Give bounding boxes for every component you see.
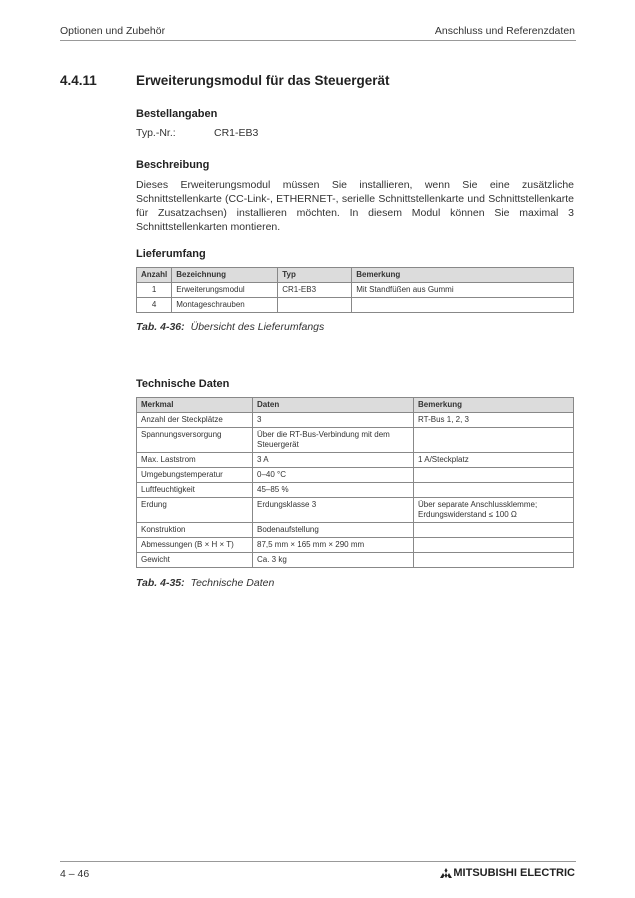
cell-feature: Gewicht <box>137 553 253 568</box>
cell-feature: Anzahl der Steckplätze <box>137 413 253 428</box>
cell-remark <box>414 428 574 453</box>
cell-remark: Mit Standfüßen aus Gummi <box>352 283 574 298</box>
caption-label: Tab. 4-36: <box>136 321 185 333</box>
section-number: 4.4.11 <box>60 73 97 88</box>
table-row: SpannungsversorgungÜber die RT-Bus-Verbi… <box>137 428 574 453</box>
cell-data: 3 <box>253 413 414 428</box>
cell-name: Erweiterungsmodul <box>172 283 278 298</box>
column-header: Typ <box>278 268 352 283</box>
cell-feature: Max. Laststrom <box>137 453 253 468</box>
footer-rule <box>60 861 576 862</box>
brand-name: MITSUBISHI ELECTRIC <box>453 867 575 879</box>
specs-table: Merkmal Daten Bemerkung Anzahl der Steck… <box>136 397 574 568</box>
column-header: Daten <box>253 398 414 413</box>
column-header: Anzahl <box>137 268 172 283</box>
cell-feature: Luftfeuchtigkeit <box>137 483 253 498</box>
order-value: CR1-EB3 <box>214 127 258 139</box>
description-text: Dieses Erweiterungsmodul müssen Sie inst… <box>136 178 574 234</box>
table-row: 1 Erweiterungsmodul CR1-EB3 Mit Standfüß… <box>137 283 574 298</box>
cell-data: Über die RT-Bus-Verbindung mit dem Steue… <box>253 428 414 453</box>
cell-remark <box>414 468 574 483</box>
delivery-heading: Lieferumfang <box>136 248 206 260</box>
cell-feature: Spannungsversorgung <box>137 428 253 453</box>
cell-remark <box>414 538 574 553</box>
table-header-row: Anzahl Bezeichnung Typ Bemerkung <box>137 268 574 283</box>
table-row: KonstruktionBodenaufstellung <box>137 523 574 538</box>
table-row: Umgebungstemperatur0–40 °C <box>137 468 574 483</box>
delivery-table: Anzahl Bezeichnung Typ Bemerkung 1 Erwei… <box>136 267 574 313</box>
mitsubishi-diamonds-icon <box>440 868 452 878</box>
brand-logo: MITSUBISHI ELECTRIC <box>440 867 575 879</box>
column-header: Bezeichnung <box>172 268 278 283</box>
header-rule <box>60 40 576 41</box>
cell-data: Bodenaufstellung <box>253 523 414 538</box>
cell-data: 3 A <box>253 453 414 468</box>
cell-remark <box>352 298 574 313</box>
column-header: Bemerkung <box>414 398 574 413</box>
order-heading: Bestellangaben <box>136 108 217 120</box>
cell-data: 45–85 % <box>253 483 414 498</box>
table-row: ErdungErdungsklasse 3Über separate Ansch… <box>137 498 574 523</box>
specs-caption: Tab. 4-35:Technische Daten <box>136 577 274 589</box>
table-row: Anzahl der Steckplätze3RT-Bus 1, 2, 3 <box>137 413 574 428</box>
delivery-caption: Tab. 4-36:Übersicht des Lieferumfangs <box>136 321 324 333</box>
cell-type: CR1-EB3 <box>278 283 352 298</box>
cell-data: Ca. 3 kg <box>253 553 414 568</box>
cell-quantity: 4 <box>137 298 172 313</box>
caption-text: Technische Daten <box>191 577 275 589</box>
cell-remark <box>414 553 574 568</box>
cell-data: 87,5 mm × 165 mm × 290 mm <box>253 538 414 553</box>
cell-feature: Abmessungen (B × H × T) <box>137 538 253 553</box>
caption-label: Tab. 4-35: <box>136 577 185 589</box>
cell-data: Erdungsklasse 3 <box>253 498 414 523</box>
cell-remark <box>414 523 574 538</box>
table-row: Max. Laststrom3 A1 A/Steckplatz <box>137 453 574 468</box>
order-label: Typ.-Nr.: <box>136 127 176 139</box>
description-heading: Beschreibung <box>136 159 209 171</box>
cell-feature: Konstruktion <box>137 523 253 538</box>
cell-name: Montageschrauben <box>172 298 278 313</box>
table-row: Luftfeuchtigkeit45–85 % <box>137 483 574 498</box>
cell-data: 0–40 °C <box>253 468 414 483</box>
table-header-row: Merkmal Daten Bemerkung <box>137 398 574 413</box>
table-row: 4 Montageschrauben <box>137 298 574 313</box>
cell-remark <box>414 483 574 498</box>
cell-remark: 1 A/Steckplatz <box>414 453 574 468</box>
cell-quantity: 1 <box>137 283 172 298</box>
specs-heading: Technische Daten <box>136 378 229 390</box>
column-header: Merkmal <box>137 398 253 413</box>
cell-remark: Über separate Anschlussklemme; Erdungswi… <box>414 498 574 523</box>
running-header-left: Optionen und Zubehör <box>60 25 165 37</box>
cell-remark: RT-Bus 1, 2, 3 <box>414 413 574 428</box>
cell-feature: Umgebungstemperatur <box>137 468 253 483</box>
running-header-right: Anschluss und Referenzdaten <box>435 25 575 37</box>
cell-type <box>278 298 352 313</box>
caption-text: Übersicht des Lieferumfangs <box>191 321 325 333</box>
page-number: 4 – 46 <box>60 868 89 880</box>
column-header: Bemerkung <box>352 268 574 283</box>
cell-feature: Erdung <box>137 498 253 523</box>
table-row: Abmessungen (B × H × T)87,5 mm × 165 mm … <box>137 538 574 553</box>
section-title: Erweiterungsmodul für das Steuergerät <box>136 73 390 88</box>
table-row: GewichtCa. 3 kg <box>137 553 574 568</box>
